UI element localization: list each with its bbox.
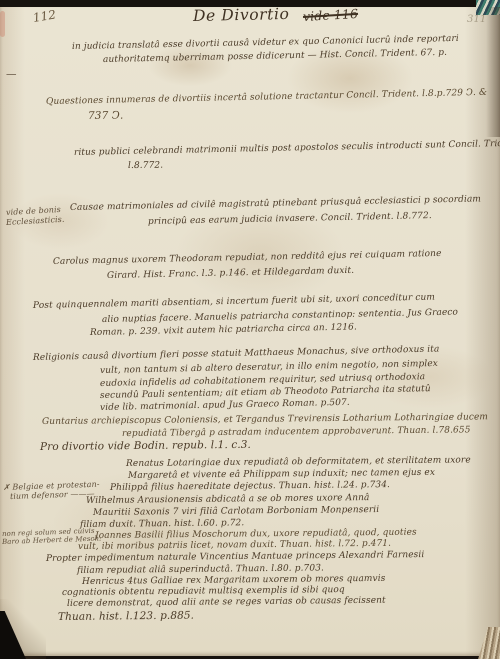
ink-smudge [0, 11, 5, 37]
page-title: De Divortio [193, 5, 290, 25]
manuscript-line: Pro divortio vide Bodin. repub. l.1. c.3… [40, 439, 251, 453]
folio-number-right: 311 [467, 14, 486, 25]
manuscript-line: Thuan. hist. l.123. p.885. [58, 610, 194, 623]
manuscript-line: 737 Ↄ. [88, 110, 123, 122]
manuscript-line: filiam duxit. Thuan. hist. l.60. p.72. [80, 518, 244, 530]
manuscript-line: l.8.772. [128, 161, 163, 171]
page-crease [486, 7, 500, 137]
margin-dash: — [6, 68, 17, 80]
page-title-note: vide 116 [303, 6, 359, 24]
book-photo: 112 De Divortio vide 116 311 — in judici… [0, 0, 500, 659]
